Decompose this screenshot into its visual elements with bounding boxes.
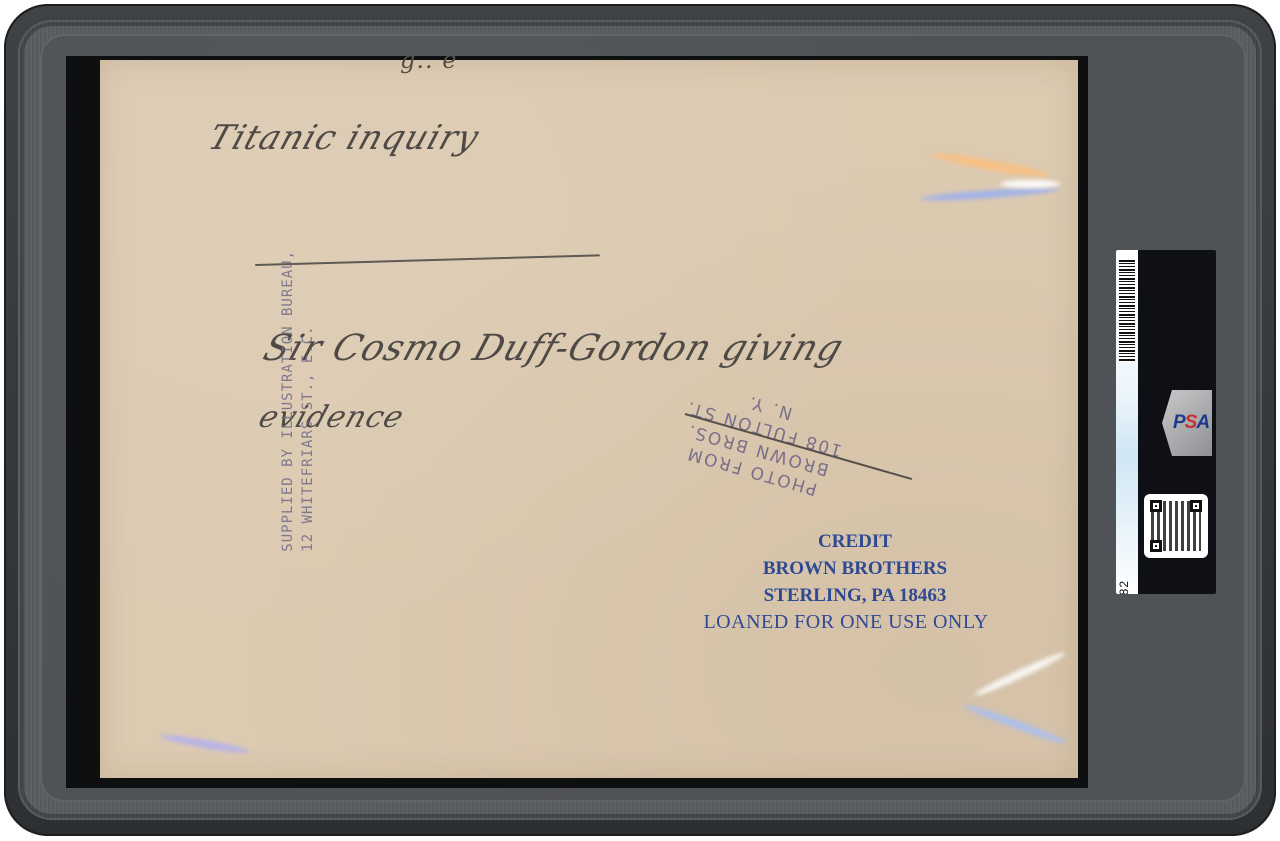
photo-back: g.. e Titanic inquiry Sir Cosmo Duff-Gor… xyxy=(100,60,1078,778)
stamp-line: 12 WHITEFRIARS ST., E.C. xyxy=(298,250,318,552)
psa-logo-icon: PSA xyxy=(1162,390,1212,456)
qr-finder xyxy=(1150,500,1162,512)
glare-reflection xyxy=(973,649,1067,699)
handwriting-line-2: Sir Cosmo Duff-Gordon giving xyxy=(258,328,848,369)
glare-reflection xyxy=(920,185,1060,203)
stamp-line: SUPPLIED BY ILLUSTRATION BUREAU, xyxy=(278,250,298,552)
qr-finder xyxy=(1190,500,1202,512)
glare-reflection xyxy=(1000,180,1060,188)
stamp-line: STERLING, PA 18463 xyxy=(700,582,1010,609)
handwriting-line-1: Titanic inquiry xyxy=(204,118,485,158)
psa-logo-text: PSA xyxy=(1173,412,1209,434)
label-barcode-strip: 84501082 xyxy=(1116,250,1138,594)
psa-certification-label: 84501082 PSA xyxy=(1116,250,1216,594)
handwriting-top-fragment: g.. e xyxy=(400,46,457,74)
glare-reflection xyxy=(160,732,250,756)
cert-number: 84501082 xyxy=(1117,580,1131,594)
glare-reflection xyxy=(930,150,1050,181)
qr-code-icon[interactable] xyxy=(1144,494,1208,558)
credit-stamp: CREDIT BROWN BROTHERS STERLING, PA 18463… xyxy=(700,528,1010,636)
brown-bros-ny-stamp: PHOTO FROM BROWN BROS. 108 FULTON ST. N.… xyxy=(671,374,851,503)
stamp-line: LOANED FOR ONE USE ONLY xyxy=(682,609,1010,636)
illustration-bureau-stamp: SUPPLIED BY ILLUSTRATION BUREAU, 12 WHIT… xyxy=(278,250,318,552)
stamp-line: CREDIT xyxy=(700,528,1010,555)
qr-finder xyxy=(1150,540,1162,552)
glare-reflection xyxy=(962,701,1068,746)
stamp-line: BROWN BROTHERS xyxy=(700,555,1010,582)
barcode xyxy=(1119,260,1135,362)
